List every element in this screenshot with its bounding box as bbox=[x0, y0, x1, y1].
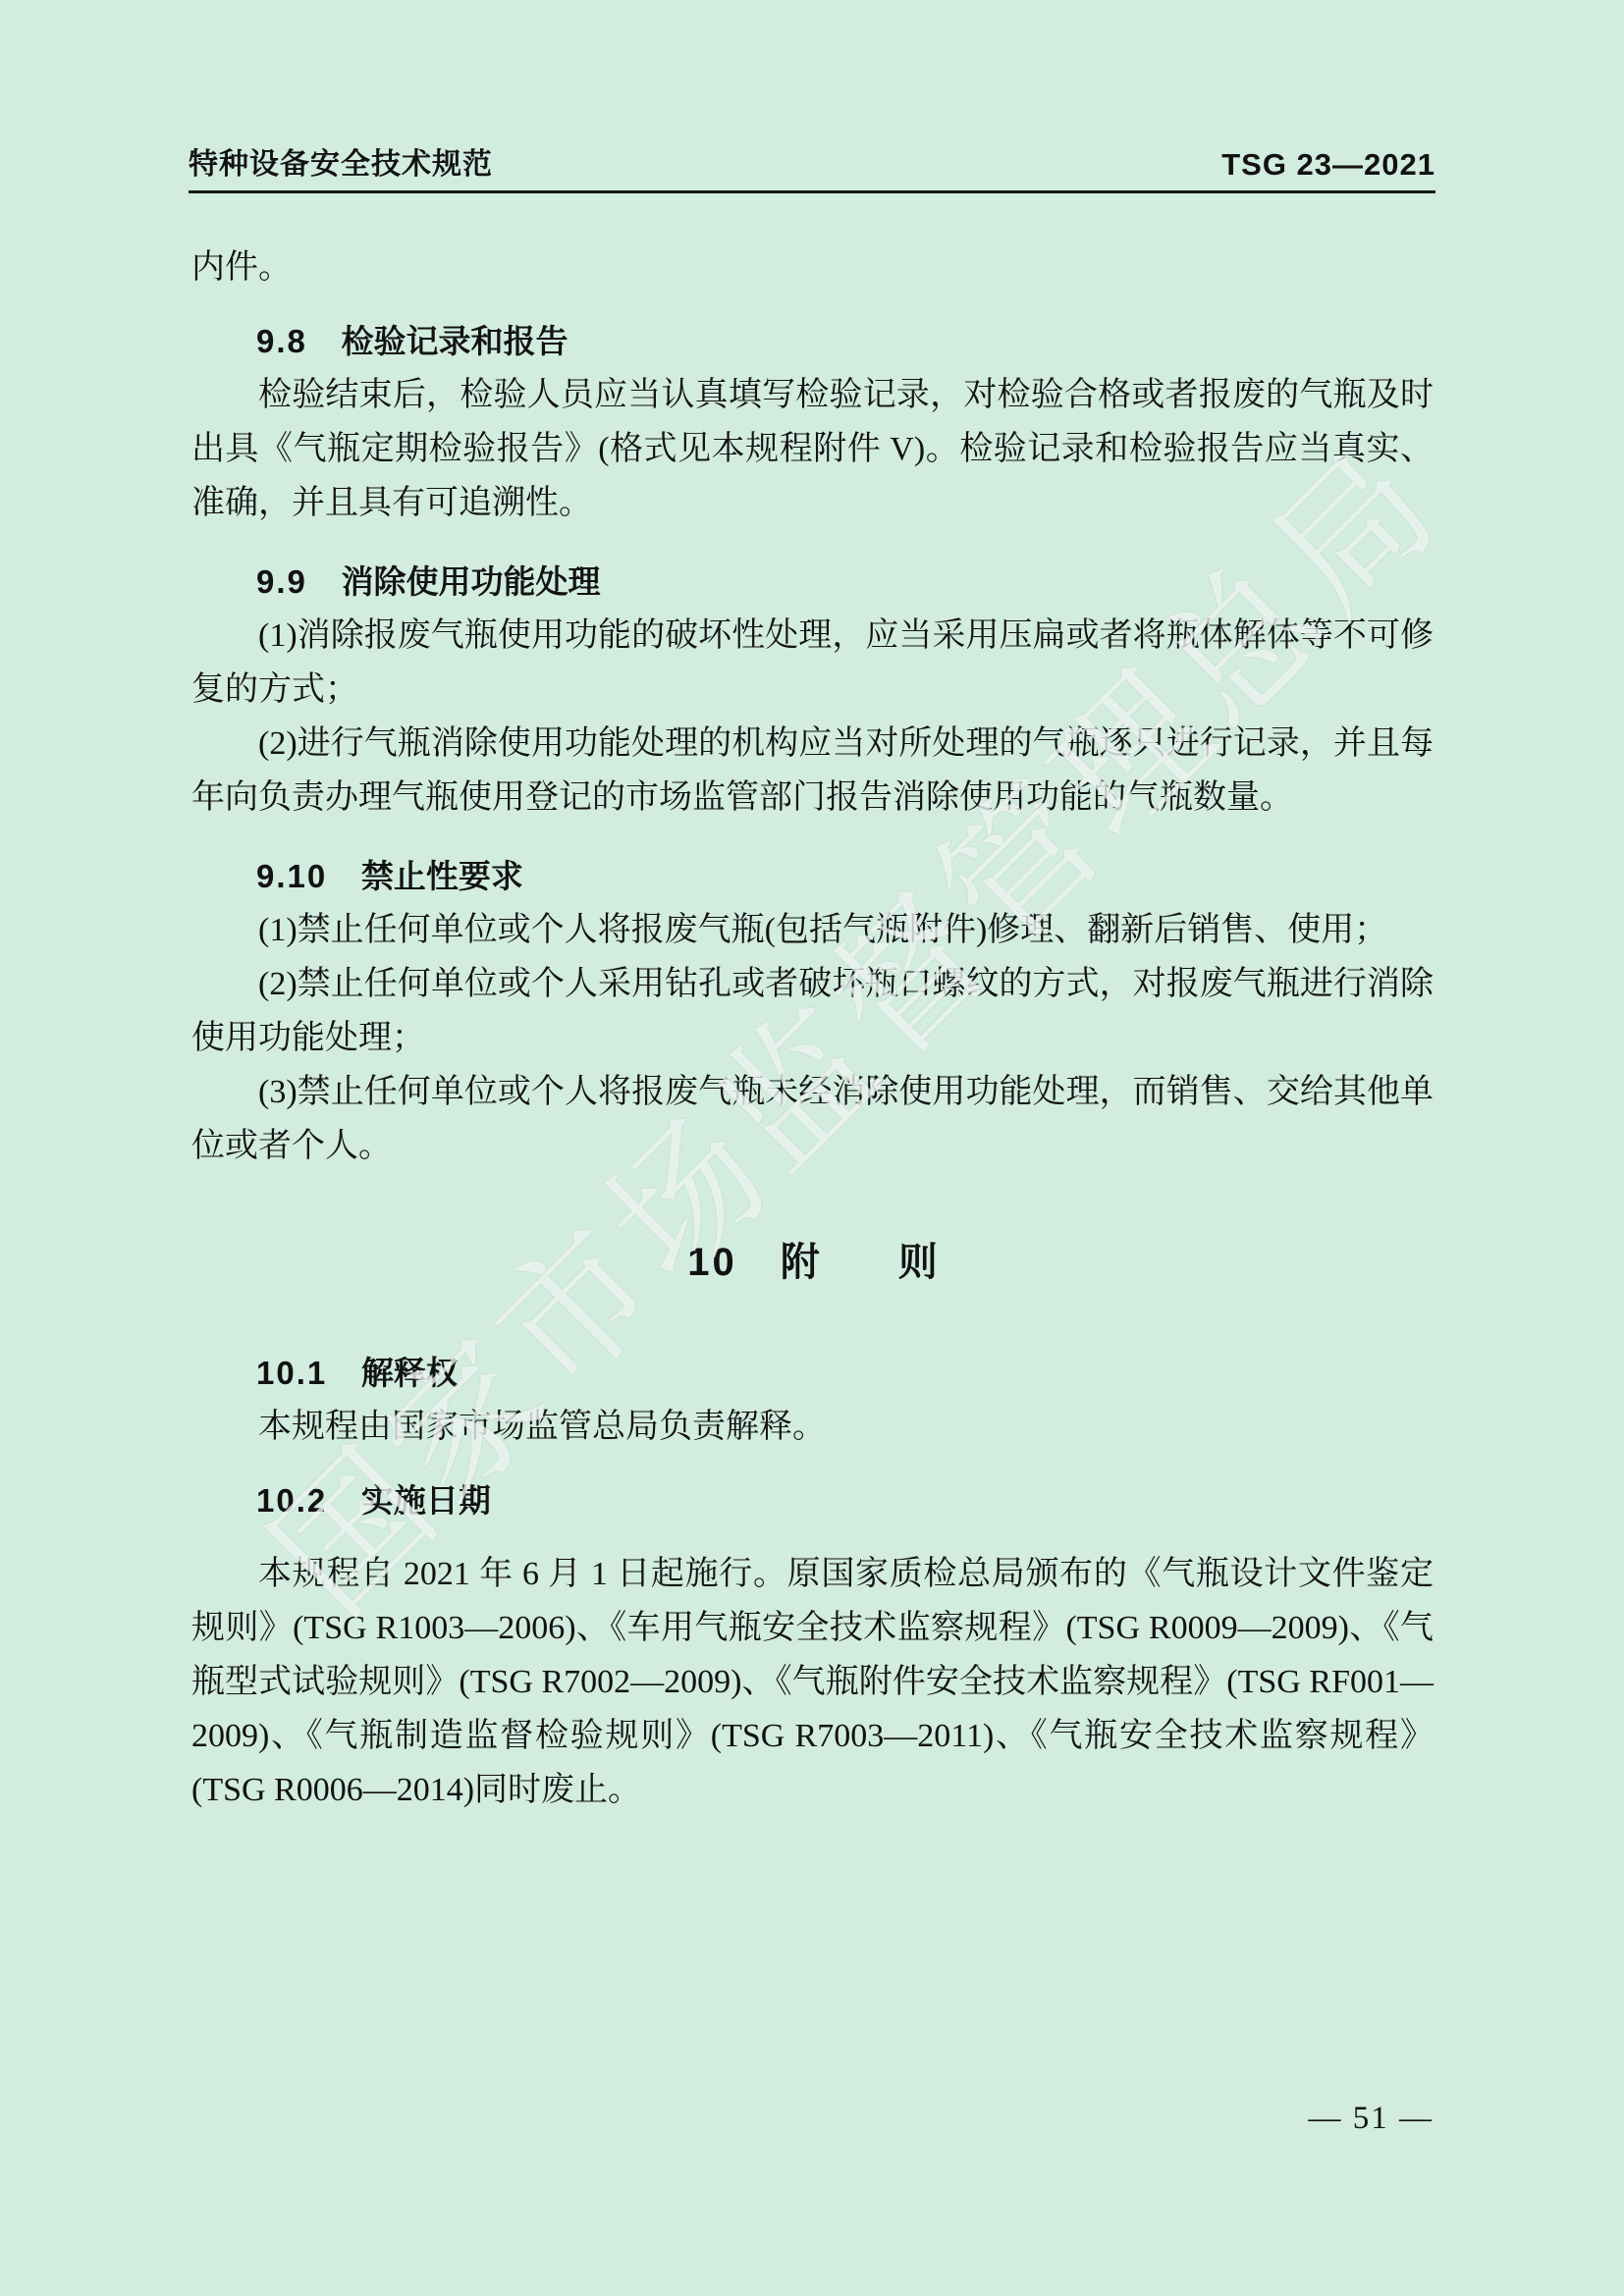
chapter-number: 10 bbox=[687, 1241, 737, 1284]
section-heading-9-9: 9.9消除使用功能处理 bbox=[191, 555, 1434, 609]
section-title: 禁止性要求 bbox=[361, 858, 523, 894]
section-number: 9.9 bbox=[256, 563, 307, 600]
chapter-title: 附 则 bbox=[781, 1241, 938, 1284]
page-number: — 51 — bbox=[1309, 2101, 1435, 2137]
paragraph-ban-item-1: (1)禁止任何单位或个人将报废气瓶(包括气瓶附件)修理、翻新后销售、使用； bbox=[191, 903, 1434, 957]
chapter-heading-10: 10附 则 bbox=[191, 1230, 1434, 1295]
section-heading-10-1: 10.1解释权 bbox=[191, 1346, 1434, 1400]
paragraph-implementation: 本规程自 2021 年 6 月 1 日起施行。原国家质检总局颁布的《气瓶设计文件… bbox=[191, 1547, 1434, 1817]
page-header: 特种设备安全技术规范 TSG 23—2021 bbox=[189, 147, 1435, 193]
paragraph-continuation: 内件。 bbox=[191, 240, 1434, 294]
header-doc-code: TSG 23—2021 bbox=[1221, 147, 1435, 183]
section-number: 10.1 bbox=[256, 1355, 327, 1391]
paragraph-destroy-item-1: (1)消除报废气瓶使用功能的破坏性处理，应当采用压扁或者将瓶体解体等不可修复的方… bbox=[191, 609, 1434, 717]
section-number: 9.8 bbox=[256, 323, 307, 359]
paragraph-inspection-records: 检验结束后，检验人员应当认真填写检验记录，对检验合格或者报废的气瓶及时出具《气瓶… bbox=[191, 368, 1434, 530]
document-body: 内件。 9.8检验记录和报告 检验结束后，检验人员应当认真填写检验记录，对检验合… bbox=[191, 240, 1434, 1817]
section-number: 10.2 bbox=[256, 1482, 327, 1519]
section-heading-9-10: 9.10禁止性要求 bbox=[191, 849, 1434, 903]
section-title: 实施日期 bbox=[361, 1482, 491, 1519]
section-heading-9-8: 9.8检验记录和报告 bbox=[191, 314, 1434, 368]
paragraph-destroy-item-2: (2)进行气瓶消除使用功能处理的机构应当对所处理的气瓶逐只进行记录，并且每年向负… bbox=[191, 717, 1434, 825]
paragraph-ban-item-3: (3)禁止任何单位或个人将报废气瓶未经消除使用功能处理，而销售、交给其他单位或者… bbox=[191, 1065, 1434, 1173]
paragraph-interpretation: 本规程由国家市场监管总局负责解释。 bbox=[191, 1400, 1434, 1454]
section-title: 解释权 bbox=[361, 1355, 459, 1391]
document-page: 特种设备安全技术规范 TSG 23—2021 内件。 9.8检验记录和报告 检验… bbox=[0, 0, 1624, 2296]
section-title: 消除使用功能处理 bbox=[342, 563, 601, 600]
section-title: 检验记录和报告 bbox=[342, 323, 568, 359]
paragraph-ban-item-2: (2)禁止任何单位或个人采用钻孔或者破坏瓶口螺纹的方式，对报废气瓶进行消除使用功… bbox=[191, 957, 1434, 1065]
header-title: 特种设备安全技术规范 bbox=[189, 139, 493, 183]
section-number: 9.10 bbox=[256, 858, 327, 894]
section-heading-10-2: 10.2实施日期 bbox=[191, 1473, 1434, 1527]
